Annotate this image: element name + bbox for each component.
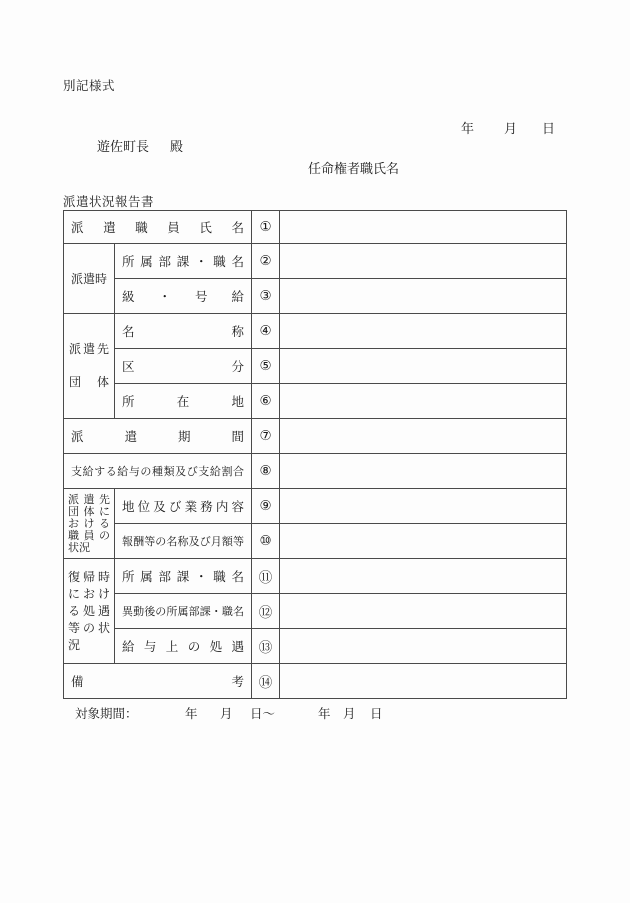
group-label: 復帰時における処遇等の状況 (64, 559, 115, 664)
value-cell (280, 629, 567, 664)
value-cell (280, 524, 567, 559)
value-cell (280, 349, 567, 384)
period-from-year: 年 (185, 704, 198, 722)
row-label: 給与上の処遇 (115, 629, 252, 664)
addressee-line: 遊佐町長殿 (97, 136, 183, 155)
row-label: 支給する給与の種類及び支給割合 (64, 454, 252, 489)
value-cell (280, 314, 567, 349)
row-label: 報酬等の名称及び月額等 (115, 524, 252, 559)
addressee: 遊佐町長 (97, 139, 149, 154)
table-row: 区分 ⑤ (64, 349, 567, 384)
form-note: 別記様式 (63, 76, 115, 94)
signer-label: 任命権者職氏名 (308, 158, 399, 177)
group-label: 派遣時 (64, 244, 115, 314)
table-row: 派遣期間 ⑦ (64, 419, 567, 454)
row-label: 派遣期間 (64, 419, 252, 454)
row-label: 区分 (115, 349, 252, 384)
row-index: ⑤ (252, 349, 280, 384)
header-date-month: 月 (504, 118, 517, 137)
row-label: 所属部課・職名 (115, 244, 252, 279)
period-from-month: 月 (220, 704, 233, 722)
table-row: 支給する給与の種類及び支給割合 ⑧ (64, 454, 567, 489)
form-page: 別記様式 年 月 日 遊佐町長殿 任命権者職氏名 派遣状況報告書 派遣職員氏名 … (0, 0, 630, 903)
table-row: 給与上の処遇 ⑬ (64, 629, 567, 664)
header-date-line: 年 月 日 (0, 118, 630, 134)
period-to-day: 日 (370, 704, 383, 722)
table-row: 異動後の所属部課・職名 ⑫ (64, 594, 567, 629)
value-cell (280, 664, 567, 699)
value-cell (280, 559, 567, 594)
group-label: 派遣先団体における職員の状況 (64, 489, 115, 559)
row-index: ② (252, 244, 280, 279)
value-cell (280, 279, 567, 314)
table-row: 所在地 ⑥ (64, 384, 567, 419)
table-row: 報酬等の名称及び月額等 ⑩ (64, 524, 567, 559)
group-label: 派遣先 団体 (64, 314, 115, 419)
row-index: ③ (252, 279, 280, 314)
row-label: 備考 (64, 664, 252, 699)
honorific: 殿 (170, 139, 183, 154)
table-row: 派遣時 所属部課・職名 ② (64, 244, 567, 279)
table-row: 派遣職員氏名 ① (64, 211, 567, 244)
period-to-year: 年 (318, 704, 331, 722)
row-index: ⑪ (252, 559, 280, 594)
row-label: 所在地 (115, 384, 252, 419)
value-cell (280, 384, 567, 419)
row-label: 異動後の所属部課・職名 (115, 594, 252, 629)
row-label: 級・号給 (115, 279, 252, 314)
document-title: 派遣状況報告書 (63, 192, 154, 210)
row-label: 所属部課・職名 (115, 559, 252, 594)
row-index: ④ (252, 314, 280, 349)
row-index: ⑥ (252, 384, 280, 419)
row-index: ⑧ (252, 454, 280, 489)
row-index: ⑨ (252, 489, 280, 524)
report-table: 派遣職員氏名 ① 派遣時 所属部課・職名 ② 級・号給 ③ 派遣先 団体 名称 … (63, 210, 567, 699)
value-cell (280, 489, 567, 524)
row-index: ⑩ (252, 524, 280, 559)
row-index: ① (252, 211, 280, 244)
row-index: ⑫ (252, 594, 280, 629)
table-row: 復帰時における処遇等の状況 所属部課・職名 ⑪ (64, 559, 567, 594)
row-label: 地位及び業務内容 (115, 489, 252, 524)
row-label: 派遣職員氏名 (64, 211, 252, 244)
row-index: ⑭ (252, 664, 280, 699)
table-row: 派遣先 団体 名称 ④ (64, 314, 567, 349)
table-row: 備考 ⑭ (64, 664, 567, 699)
value-cell (280, 419, 567, 454)
row-index: ⑬ (252, 629, 280, 664)
value-cell (280, 211, 567, 244)
row-index: ⑦ (252, 419, 280, 454)
value-cell (280, 244, 567, 279)
table-row: 派遣先団体における職員の状況 地位及び業務内容 ⑨ (64, 489, 567, 524)
header-date-day: 日 (542, 118, 555, 137)
target-period-label: 対象期間： (75, 704, 138, 722)
table-row: 級・号給 ③ (64, 279, 567, 314)
value-cell (280, 454, 567, 489)
target-period-line: 対象期間： 年 月 日～ 年 月 日 (0, 704, 630, 720)
header-date-year: 年 (461, 118, 474, 137)
period-from-day: 日～ (250, 704, 275, 722)
value-cell (280, 594, 567, 629)
period-to-month: 月 (343, 704, 356, 722)
row-label: 名称 (115, 314, 252, 349)
